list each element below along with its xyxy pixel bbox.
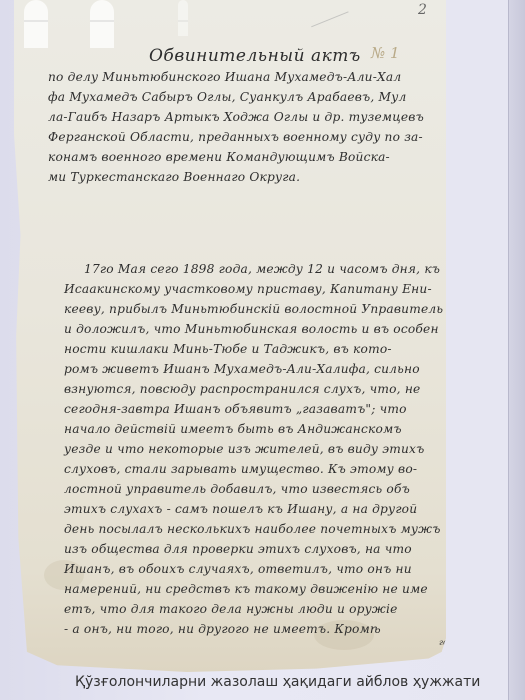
body-line: сегодня-завтра Ишанъ объявитъ „газаватъ"…	[64, 402, 407, 416]
body-line: изъ общества для проверки этихъ слуховъ,…	[64, 542, 412, 556]
body-line: начало действій имеетъ быть въ Андижанск…	[64, 422, 402, 436]
header-line: Ферганской Области, преданныхъ военному …	[48, 130, 423, 144]
header-line: конамъ военного времени Командующимъ Вой…	[48, 150, 390, 164]
header-line: ла-Гаибъ Назаръ Артыкъ Ходжа Оглы и др. …	[48, 110, 424, 124]
body-line: и доложилъ, что Миньтюбинская волость и …	[64, 322, 439, 336]
exhibit-caption: Қўзғолончиларни жазолаш ҳақидаги айблов …	[75, 674, 480, 690]
body-line: намерений, ни средствъ къ такому движені…	[64, 582, 428, 596]
document-paper: 2 Обвинительный актъ № 1 по делу Миньтюб…	[14, 0, 446, 672]
body-line: этихъ слухахъ - самъ пошелъ къ Ишану, а …	[64, 502, 417, 516]
pencil-mark	[311, 11, 357, 47]
body-line: етъ, что для такого дела нужны люди и ор…	[64, 602, 397, 616]
body-line: ности кишлаки Минь-Тюбе и Таджикъ, въ ко…	[64, 342, 392, 356]
header-line: фа Мухамедъ Сабыръ Оглы, Суанкулъ Арабае…	[48, 90, 406, 104]
body-line: слуховъ, стали зарывать имущество. Къ эт…	[64, 462, 417, 476]
body-line: уезде и что некоторые изъ жителей, въ ви…	[64, 442, 424, 456]
header-line: ми Туркестанскаго Военнаго Округа.	[48, 170, 300, 184]
document-number: № 1	[371, 44, 400, 62]
body-line: - а онъ, ни того, ни другого не имеетъ. …	[64, 622, 381, 636]
body-line: день посылалъ несколькихъ наиболее почет…	[64, 522, 441, 536]
window-reflection	[90, 0, 114, 48]
page-number: 2	[418, 2, 427, 18]
body-line: взнуются, повсюду распространился слухъ,…	[64, 382, 420, 396]
body-line: Исаакинскому участковому приставу, Капит…	[64, 282, 432, 296]
body-line: ромъ живетъ Ишанъ Мухамедъ-Али-Халифа, с…	[64, 362, 420, 376]
body-line: кееву, прибылъ Миньтюбинскій волостной У…	[64, 302, 443, 316]
frame-edge	[508, 0, 525, 700]
body-line: лостной управитель добавилъ, что известя…	[64, 482, 410, 496]
header-line: по делу Миньтюбинского Ишана Мухамедъ-Ал…	[48, 70, 401, 84]
window-reflection	[178, 0, 188, 36]
window-reflection	[24, 0, 48, 48]
body-line: Ишанъ, въ обоихъ случаяхъ, ответилъ, что…	[64, 562, 412, 576]
document-title: Обвинительный актъ	[149, 46, 361, 66]
body-line: 17го Мая сего 1898 года, между 12 и часо…	[84, 262, 440, 276]
